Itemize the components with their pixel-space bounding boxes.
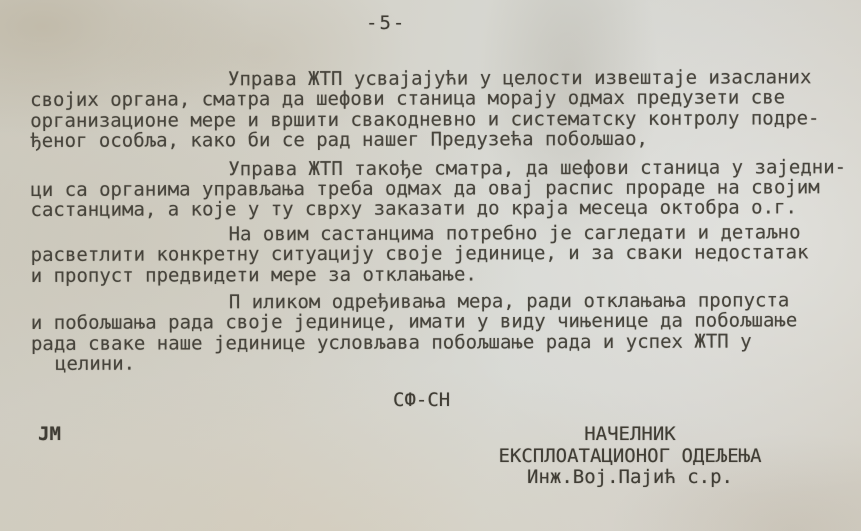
page-number: -5- [366, 12, 406, 34]
typed-line: организационе мере и вршити свакодневно … [30, 108, 850, 131]
typed-line: ђеног особља, како би се рад нашег Преду… [30, 128, 850, 151]
paragraph-3: На овим састанцима потребно је сагледати… [31, 222, 851, 286]
typed-line: рада сваке наше јединице условљава побољ… [31, 331, 851, 354]
typed-line: састанцима, а које у ту сврху заказати д… [30, 198, 850, 221]
paragraph-4: П иликом одређивања мера, ради отклањања… [31, 290, 851, 374]
signature-block: НАЧЕЛНИК ЕКСПЛОАТАЦИОНОГ ОДЕЉЕЊА Инж.Вој… [470, 424, 790, 489]
document-body: Управа ЖТП усвајајући у целости извештај… [30, 67, 851, 375]
signature-department: ЕКСПЛОАТАЦИОНОГ ОДЕЉЕЊА [470, 446, 790, 468]
paragraph-2: Управа ЖТП такође сматра, да шефови стан… [30, 157, 850, 221]
typist-initials: ЈМ [38, 423, 61, 445]
paragraph-1: Управа ЖТП усвајајући у целости извештај… [30, 67, 850, 151]
typed-line: целини. [31, 351, 851, 374]
reference-initials: СФ-СН [393, 389, 450, 411]
signature-title: НАЧЕЛНИК [470, 424, 790, 446]
typed-line: и пропуст предвидети мере за отклањање. [31, 263, 851, 286]
typed-line: расветлити конкретну ситуацију своје јед… [31, 242, 851, 265]
signature-name: Инж.Вој.Пајић с.р. [470, 467, 790, 489]
scanned-document-page: -5- Управа ЖТП усвајајући у целости изве… [0, 0, 861, 531]
